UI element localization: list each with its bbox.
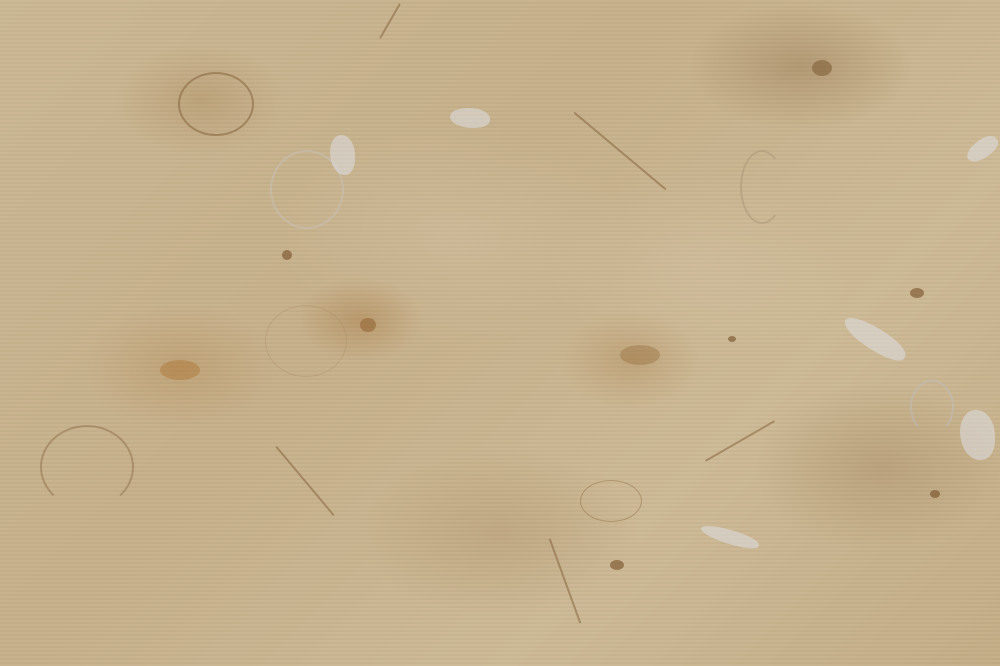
crystal-inclusion	[963, 131, 1000, 167]
crystal-inclusion	[450, 108, 490, 128]
fossil-shell	[40, 425, 134, 509]
fossil-shell	[178, 72, 254, 136]
speck	[620, 345, 660, 365]
speck	[930, 490, 940, 498]
vein	[379, 3, 401, 39]
speck	[728, 336, 736, 342]
vein	[573, 112, 666, 191]
vein	[275, 446, 334, 516]
speck	[360, 318, 376, 332]
limestone-texture	[0, 0, 1000, 666]
speck	[812, 60, 832, 76]
vein	[705, 420, 775, 462]
fossil-shell	[740, 150, 784, 224]
speck	[910, 288, 924, 298]
fossil-shell	[580, 480, 642, 522]
speck	[282, 250, 292, 260]
crystal-inclusion	[699, 522, 761, 551]
vein	[549, 538, 582, 623]
fossil-shell	[910, 380, 954, 434]
crystal-inclusion	[960, 410, 995, 460]
fossil-shell	[265, 305, 347, 377]
speck	[160, 360, 200, 380]
crystal-inclusion	[839, 312, 911, 366]
speck	[610, 560, 624, 570]
crystal-inclusion	[330, 135, 355, 175]
